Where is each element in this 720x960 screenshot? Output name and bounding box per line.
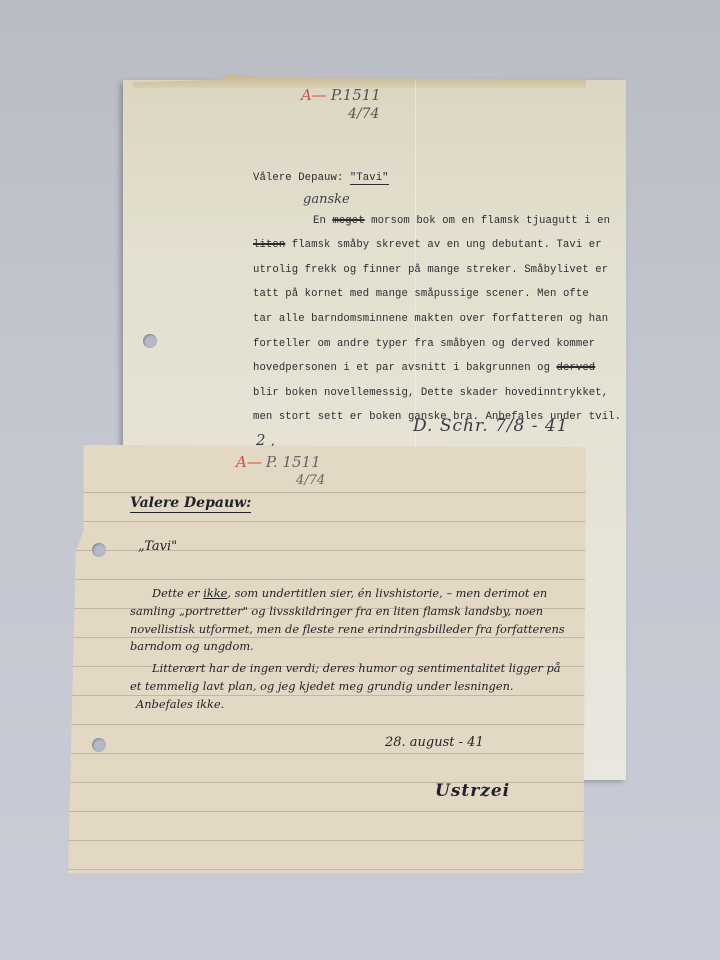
file-number: 4/74 xyxy=(348,106,379,122)
heading-author: Vålere Depauw: xyxy=(253,172,343,184)
text-line: hovedpersonen i et par avsnitt i bakgrun… xyxy=(253,356,613,381)
text-line: blir boken novellemessig, Dette skader h… xyxy=(253,381,613,406)
review-paragraph: En meget morsom bok om en flamsk tjuagut… xyxy=(253,209,613,430)
handwritten-review-text: Valere Depauw: „Tavi" Dette er ikke, som… xyxy=(130,495,570,513)
punch-hole xyxy=(92,543,106,557)
review-heading: Vålere Depauw: "Tavi" xyxy=(253,166,613,191)
review-heading: Valere Depauw: xyxy=(130,495,251,513)
review-body: Dette er ikke, som undertitlen sier, én … xyxy=(130,585,575,714)
file-number: 4/74 xyxy=(296,473,325,488)
punch-hole xyxy=(143,334,157,348)
text-line: liten flamsk småby skrevet av en ung deb… xyxy=(253,233,613,258)
text-line: tatt på kornet med mange småpussige scen… xyxy=(253,282,613,307)
verdict: Anbefales ikke. xyxy=(130,696,575,714)
review-date: 28. august - 41 xyxy=(385,735,484,750)
punch-hole xyxy=(92,738,106,752)
heading-title: "Tavi" xyxy=(350,172,389,185)
archive-reference: A—P. 1511 xyxy=(236,453,321,471)
reviewer-signature: D. Schr. 7/8 - 41 xyxy=(413,416,569,436)
reviewer-signature: Ustrzei xyxy=(435,781,510,801)
text-line: utrolig frekk og finner på mange streker… xyxy=(253,258,613,283)
text-line: tar alle barndomsminnene makten over for… xyxy=(253,307,613,332)
paragraph-1: Dette er ikke, som undertitlen sier, én … xyxy=(130,585,575,656)
paragraph-2: Litterært har de ingen verdi; deres humo… xyxy=(130,660,575,696)
archive-ref-number: P. 1511 xyxy=(266,453,321,471)
archive-ref-prefix: A— xyxy=(301,86,327,104)
text-line: En meget morsom bok om en flamsk tjuagut… xyxy=(253,209,613,234)
handwritten-review-page: A—P. 1511 4/74 Valere Depauw: „Tavi" Det… xyxy=(68,445,586,873)
archive-ref-number: P.1511 xyxy=(331,86,381,104)
typed-review-text: Vålere Depauw: "Tavi" En meget morsom bo… xyxy=(253,166,613,430)
archive-reference: A—P.1511 xyxy=(301,86,381,104)
book-title: „Tavi" xyxy=(138,539,177,554)
text-line: forteller om andre typer fra småbyen og … xyxy=(253,332,613,357)
archive-ref-prefix: A— xyxy=(236,453,262,471)
